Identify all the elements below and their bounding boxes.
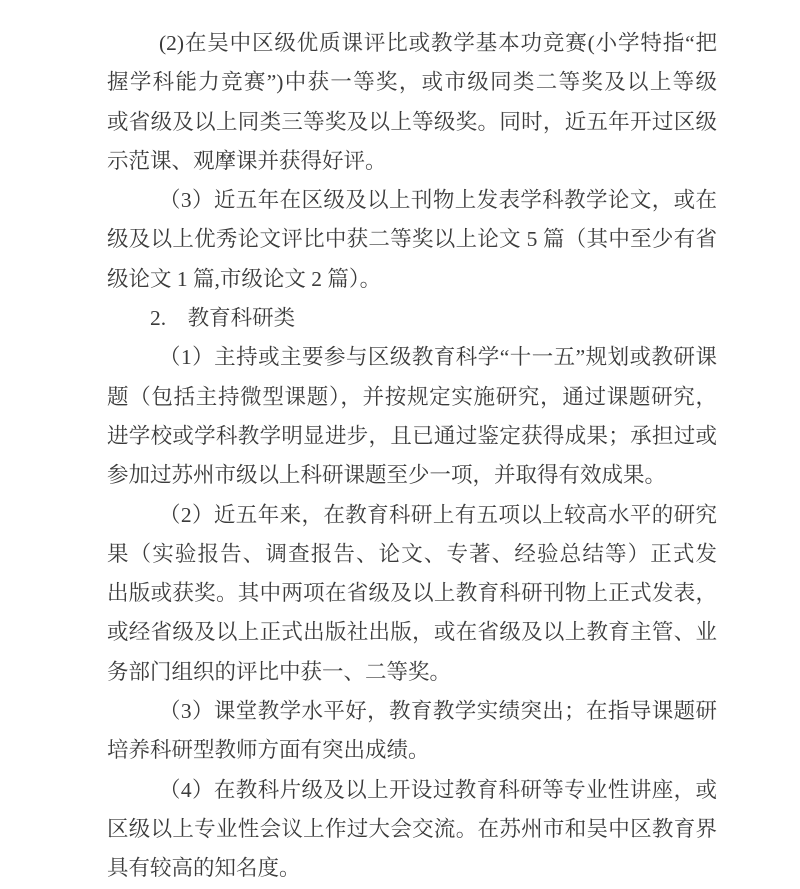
text-line: 具有较高的知名度。 bbox=[107, 849, 717, 888]
text-line: 参加过苏州市级以上科研课题至少一项，并取得有效成果。 bbox=[107, 456, 717, 495]
text-line: （4）在教科片级及以上开设过教育科研等专业性讲座，或在 bbox=[107, 771, 717, 810]
text-line: （2）近五年来，在教育科研上有五项以上较高水平的研究成 bbox=[107, 496, 717, 535]
paragraph: （3）近五年在区级及以上刊物上发表学科教学论文，或在区级及以上优秀论文评比中获二… bbox=[107, 181, 717, 299]
document-body: (2)在吴中区级优质课评比或教学基本功竞赛(小学特指“把握学科能力竞赛”)中获一… bbox=[107, 24, 717, 889]
text-line: （1）主持或主要参与区级教育科学“十一五”规划或教研课 bbox=[107, 338, 717, 377]
text-line: 题（包括主持微型课题），并按规定实施研究，通过课题研究，促 bbox=[107, 378, 717, 417]
text-line: 培养科研型教师方面有突出成绩。 bbox=[107, 731, 717, 770]
text-line: 或经省级及以上正式出版社出版，或在省级及以上教育主管、业 bbox=[107, 613, 717, 652]
text-line: 握学科能力竞赛”)中获一等奖，或市级同类二等奖及以上等级奖， bbox=[107, 63, 717, 102]
text-line: （3）课堂教学水平好，教育教学实绩突出；在指导课题研究、 bbox=[107, 692, 717, 731]
text-line: (2)在吴中区级优质课评比或教学基本功竞赛(小学特指“把 bbox=[107, 24, 717, 63]
text-line: 务部门组织的评比中获一、二等奖。 bbox=[107, 653, 717, 692]
text-line: 果（实验报告、调查报告、论文、专著、经验总结等）正式发表、 bbox=[107, 535, 717, 574]
paragraph: （1）主持或主要参与区级教育科学“十一五”规划或教研课题（包括主持微型课题），并… bbox=[107, 338, 717, 495]
document-page: (2)在吴中区级优质课评比或教学基本功竞赛(小学特指“把握学科能力竞赛”)中获一… bbox=[0, 0, 800, 889]
text-line: 出版或获奖。其中两项在省级及以上教育科研刊物上正式发表， bbox=[107, 574, 717, 613]
paragraph: （4）在教科片级及以上开设过教育科研等专业性讲座，或在区级以上专业性会议上作过大… bbox=[107, 771, 717, 889]
text-line: 级及以上优秀论文评比中获二等奖以上论文 5 篇（其中至少有省 bbox=[107, 220, 717, 259]
paragraph: 2. 教育科研类 bbox=[107, 299, 717, 338]
text-line: 或省级及以上同类三等奖及以上等级奖。同时，近五年开过区级 bbox=[107, 103, 717, 142]
text-line: 2. 教育科研类 bbox=[107, 299, 717, 338]
paragraph: (2)在吴中区级优质课评比或教学基本功竞赛(小学特指“把握学科能力竞赛”)中获一… bbox=[107, 24, 717, 181]
text-line: 示范课、观摩课并获得好评。 bbox=[107, 142, 717, 181]
text-line: 区级以上专业性会议上作过大会交流。在苏州市和吴中区教育界 bbox=[107, 810, 717, 849]
paragraph: （2）近五年来，在教育科研上有五项以上较高水平的研究成果（实验报告、调查报告、论… bbox=[107, 496, 717, 692]
text-line: 级论文 1 篇,市级论文 2 篇）。 bbox=[107, 260, 717, 299]
text-line: 进学校或学科教学明显进步，且已通过鉴定获得成果；承担过或 bbox=[107, 417, 717, 456]
paragraph: （3）课堂教学水平好，教育教学实绩突出；在指导课题研究、培养科研型教师方面有突出… bbox=[107, 692, 717, 771]
text-line: （3）近五年在区级及以上刊物上发表学科教学论文，或在区 bbox=[107, 181, 717, 220]
